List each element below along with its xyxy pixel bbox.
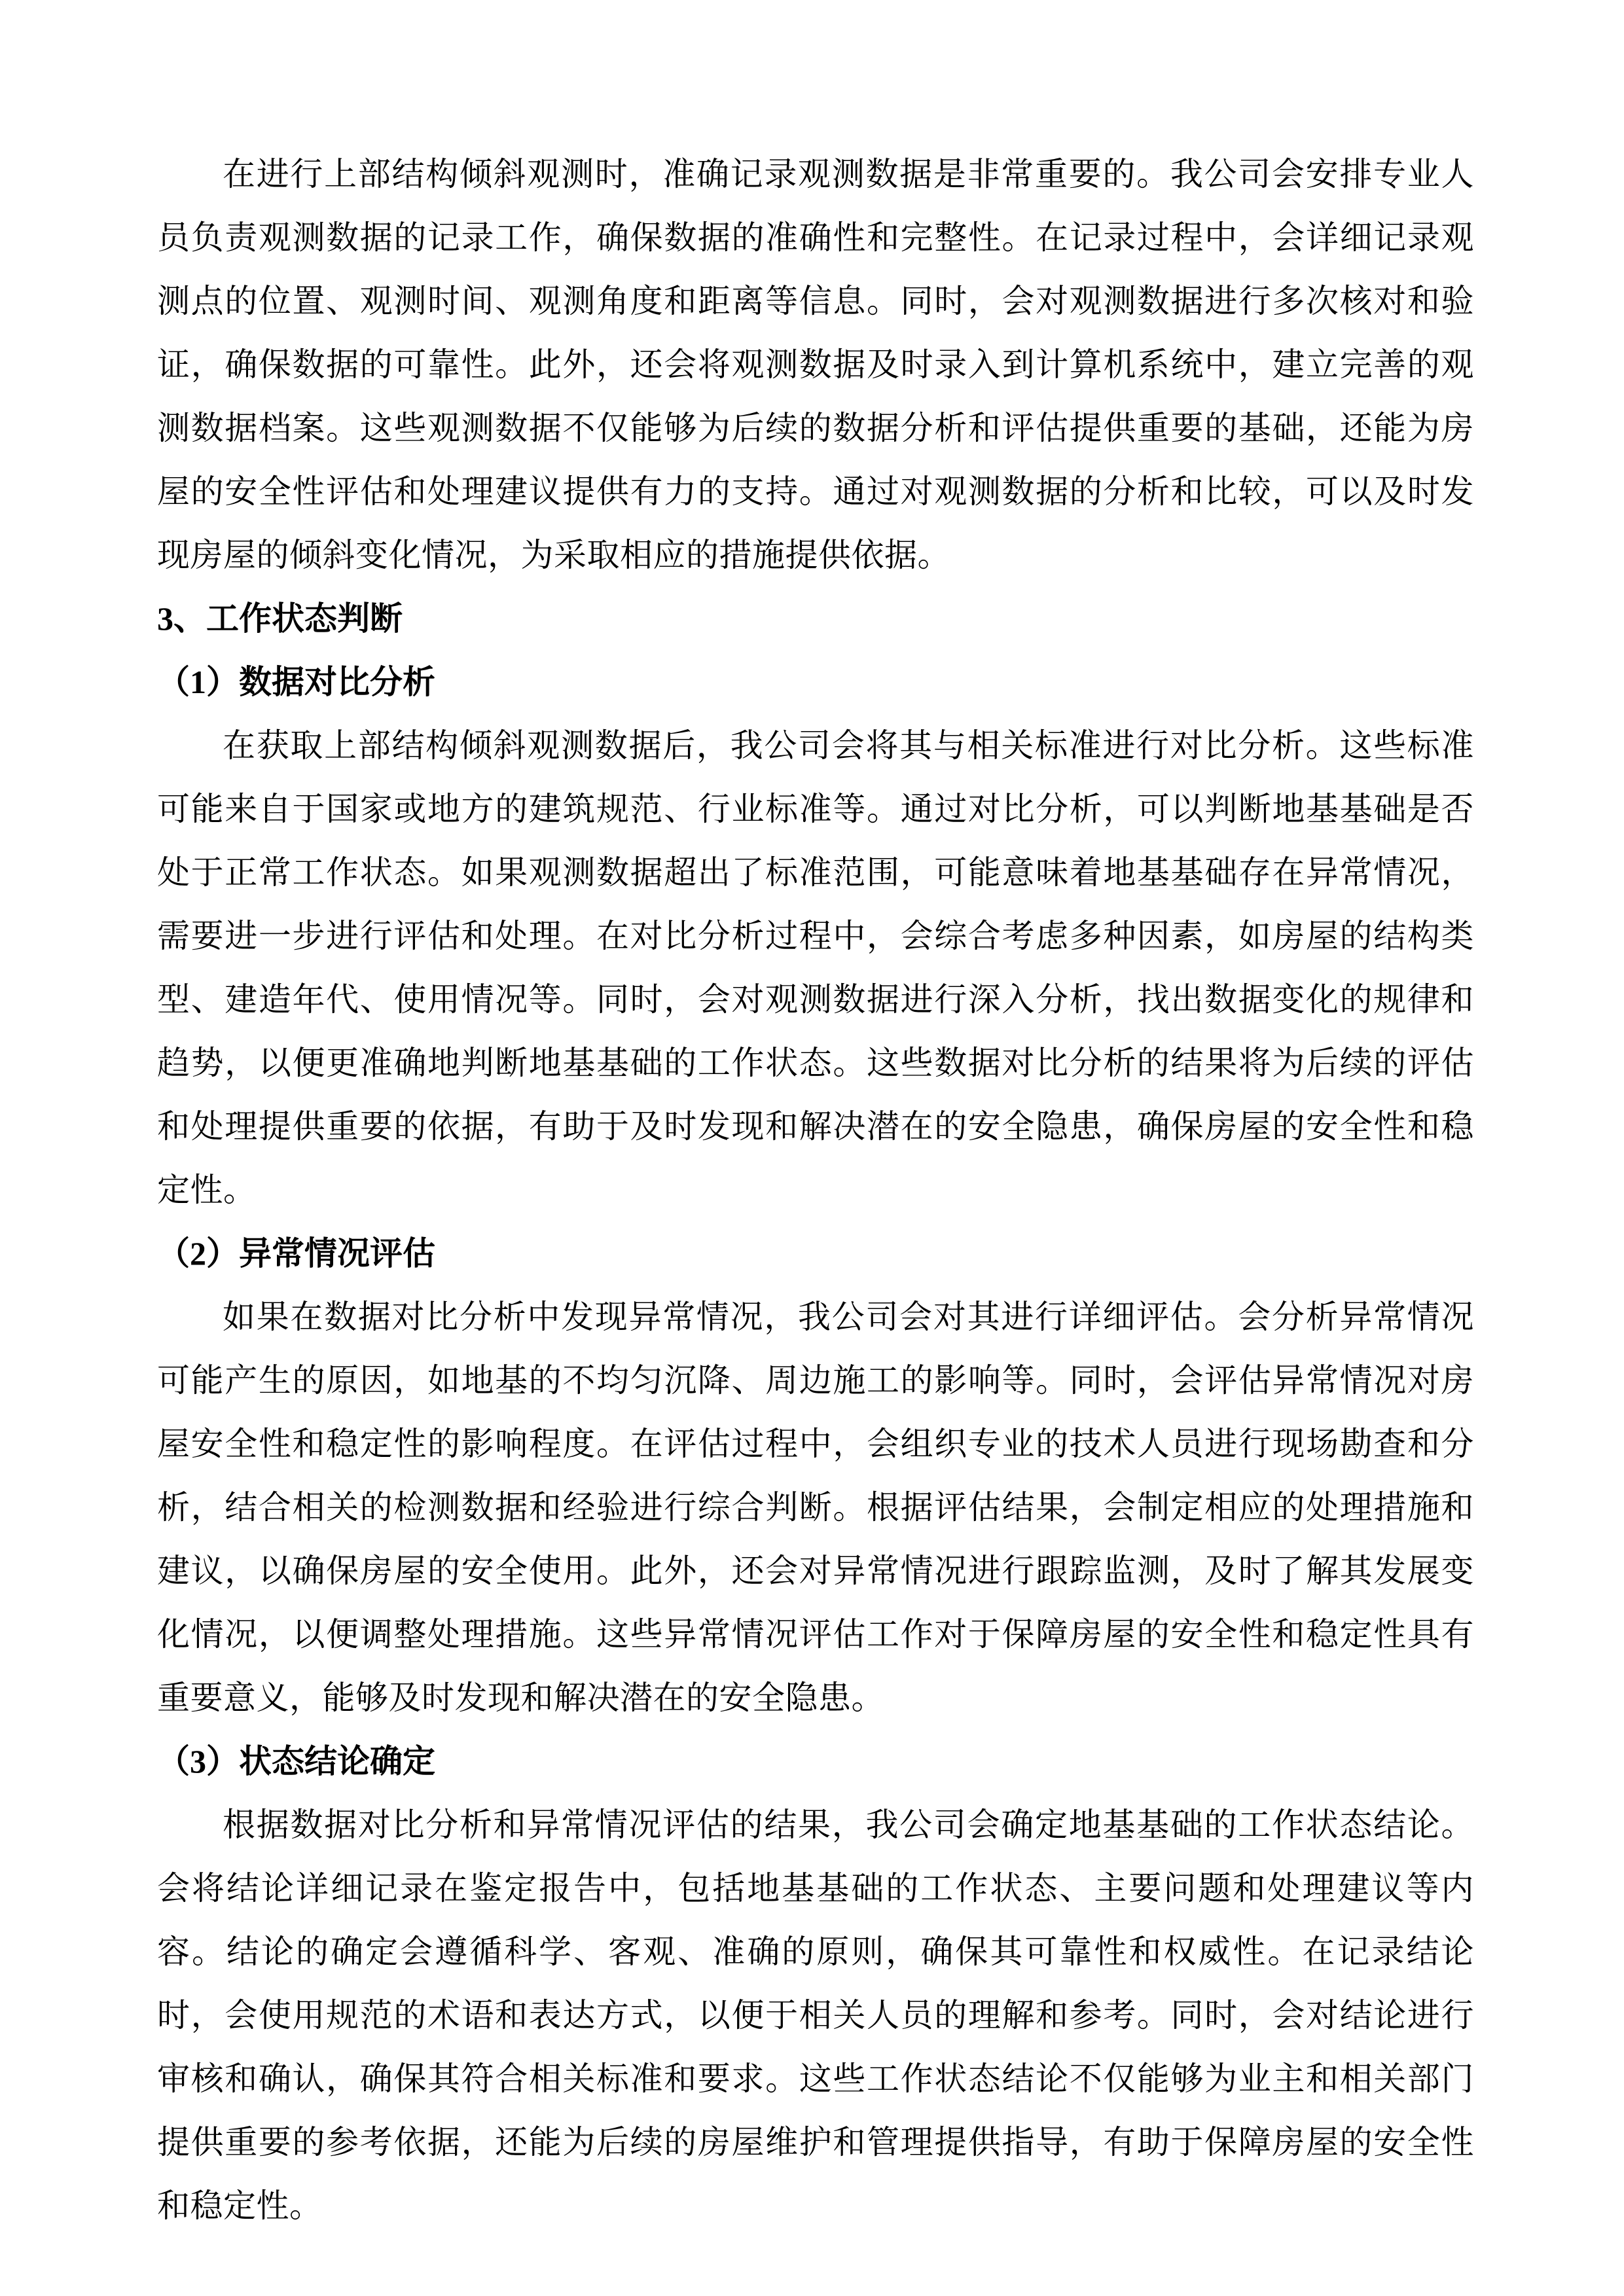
subheading-data-comparison-analysis: （1）数据对比分析 — [157, 651, 1474, 714]
heading-work-state-judgment: 3、工作状态判断 — [157, 587, 1474, 651]
subheading-abnormal-situation-evaluation: （2）异常情况评估 — [157, 1222, 1474, 1285]
page-content: 在进行上部结构倾斜观测时，准确记录观测数据是非常重要的。我公司会安排专业人员负责… — [157, 143, 1474, 2238]
paragraph-state-conclusion-determination: 根据数据对比分析和异常情况评估的结果，我公司会确定地基基础的工作状态结论。会将结… — [157, 1793, 1474, 2238]
paragraph-abnormal-situation-evaluation: 如果在数据对比分析中发现异常情况，我公司会对其进行详细评估。会分析异常情况可能产… — [157, 1285, 1474, 1730]
subheading-state-conclusion-determination: （3）状态结论确定 — [157, 1730, 1474, 1793]
paragraph-data-comparison-analysis: 在获取上部结构倾斜观测数据后，我公司会将其与相关标准进行对比分析。这些标准可能来… — [157, 714, 1474, 1222]
document-page: 在进行上部结构倾斜观测时，准确记录观测数据是非常重要的。我公司会安排专业人员负责… — [0, 0, 1624, 2296]
paragraph-observation-recording: 在进行上部结构倾斜观测时，准确记录观测数据是非常重要的。我公司会安排专业人员负责… — [157, 143, 1474, 587]
